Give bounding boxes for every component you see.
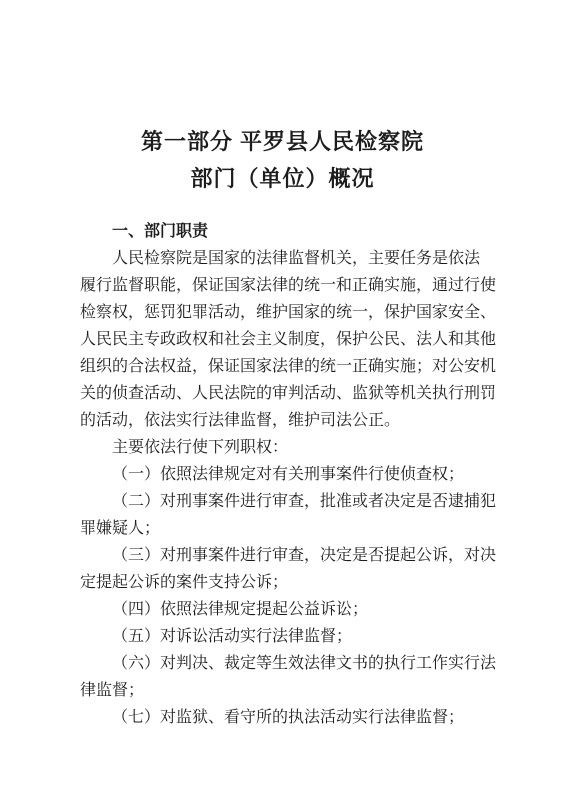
- text-line: （五）对诉讼活动实行法律监督；: [80, 623, 500, 650]
- text-line: 罪嫌疑人；: [80, 515, 500, 542]
- paragraph: （六）对判决、裁定等生效法律文书的执行工作实行法律监督；: [80, 650, 500, 704]
- document-title: 第一部分 平罗县人民检察院 部门（单位）概况: [0, 0, 565, 197]
- text-line: 定提起公诉的案件支持公诉；: [80, 569, 500, 596]
- title-line-2: 部门（单位）概况: [0, 160, 565, 197]
- text-line: 人民民主专政政权和社会主义制度，保护公民、法人和其他: [80, 326, 500, 353]
- text-line: （二）对刑事案件进行审查，批准或者决定是否逮捕犯: [80, 488, 500, 515]
- text-line: 履行监督职能，保证国家法律的统一和正确实施，通过行使: [80, 272, 500, 299]
- paragraph: （五）对诉讼活动实行法律监督；: [80, 623, 500, 650]
- text-line: 检察权，惩罚犯罪活动，维护国家的统一，保护国家安全、: [80, 299, 500, 326]
- text-line: 组织的合法权益，保证国家法律的统一正确实施；对公安机: [80, 353, 500, 380]
- text-line: （七）对监狱、看守所的执法活动实行法律监督；: [80, 704, 500, 731]
- text-line: （四）依照法律规定提起公益诉讼；: [80, 596, 500, 623]
- text-line: （一）依照法律规定对有关刑事案件行使侦查权；: [80, 461, 500, 488]
- section-heading: 一、部门职责: [80, 218, 500, 245]
- text-line: 人民检察院是国家的法律监督机关，主要任务是依法: [80, 245, 500, 272]
- text-line: （三）对刑事案件进行审查，决定是否提起公诉，对决: [80, 542, 500, 569]
- text-line: 的活动，依法实行法律监督，维护司法公正。: [80, 407, 500, 434]
- title-line-1: 第一部分 平罗县人民检察院: [0, 123, 565, 160]
- paragraphs: 人民检察院是国家的法律监督机关，主要任务是依法履行监督职能，保证国家法律的统一和…: [80, 245, 500, 731]
- paragraph: （七）对监狱、看守所的执法活动实行法律监督；: [80, 704, 500, 731]
- text-line: 主要依法行使下列职权：: [80, 434, 500, 461]
- paragraph: （三）对刑事案件进行审查，决定是否提起公诉，对决定提起公诉的案件支持公诉；: [80, 542, 500, 596]
- paragraph: 主要依法行使下列职权：: [80, 434, 500, 461]
- paragraph: （一）依照法律规定对有关刑事案件行使侦查权；: [80, 461, 500, 488]
- paragraph: 人民检察院是国家的法律监督机关，主要任务是依法履行监督职能，保证国家法律的统一和…: [80, 245, 500, 434]
- text-line: 律监督；: [80, 677, 500, 704]
- document-page: 第一部分 平罗县人民检察院 部门（单位）概况 一、部门职责 人民检察院是国家的法…: [0, 0, 565, 800]
- text-line: 关的侦查活动、人民法院的审判活动、监狱等机关执行刑罚: [80, 380, 500, 407]
- text-line: （六）对判决、裁定等生效法律文书的执行工作实行法: [80, 650, 500, 677]
- paragraph: （四）依照法律规定提起公益诉讼；: [80, 596, 500, 623]
- paragraph: （二）对刑事案件进行审查，批准或者决定是否逮捕犯罪嫌疑人；: [80, 488, 500, 542]
- document-body: 一、部门职责 人民检察院是国家的法律监督机关，主要任务是依法履行监督职能，保证国…: [80, 218, 500, 731]
